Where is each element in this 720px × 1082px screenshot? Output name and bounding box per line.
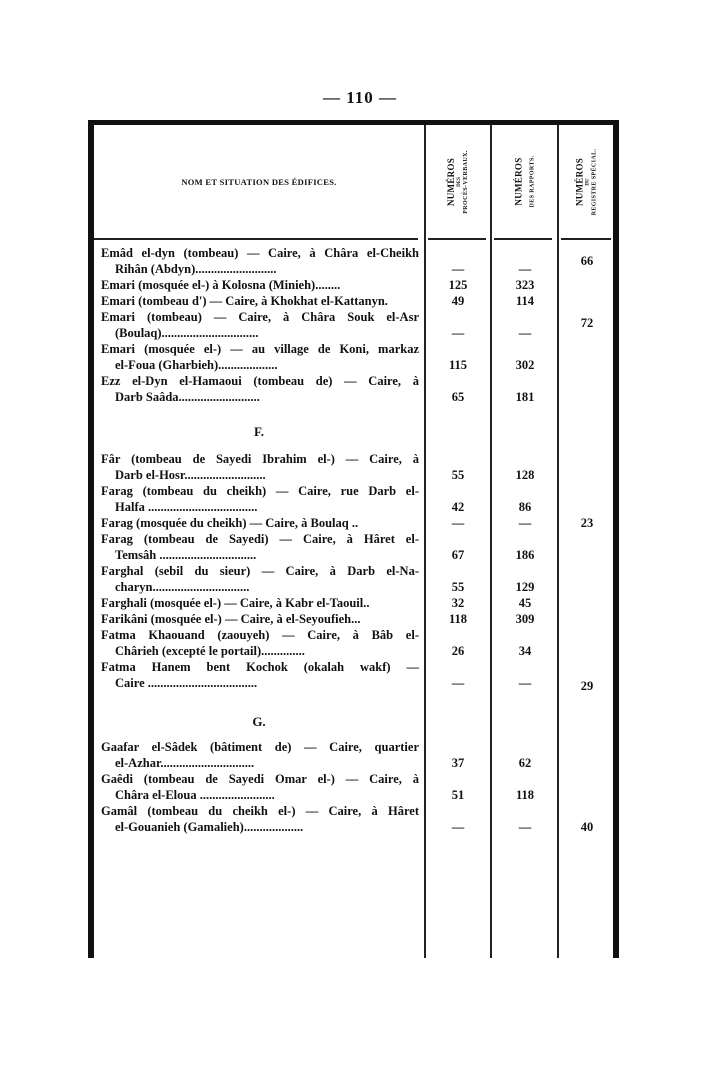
proces-verbal-number: — (427, 261, 489, 277)
table-body: Emâd el-dyn (tombeau) — Caire, à Châra e… (94, 245, 613, 835)
registre-number: 40 (560, 819, 614, 835)
table-row: Farikâni (mosquée el-) — Caire, à el-Sey… (94, 611, 613, 627)
edifices-table: NOM ET SITUATION DES ÉDIFICES. NUMÉROS D… (88, 120, 619, 958)
section-letter: F. (94, 424, 424, 440)
entry-name-cont: Caire ..................................… (101, 675, 419, 691)
entry-name: Farag (tombeau de Sayedi) — Caire, à Hâr… (101, 531, 419, 547)
entry-name-cont: charyn............................... (101, 579, 419, 595)
table-row: Farghal (sebil du sieur) — Caire, à Darb… (94, 563, 613, 595)
proces-verbal-number: 55 (427, 467, 489, 483)
proces-verbal-number: 55 (427, 579, 489, 595)
entry-name: Fatma Khaouand (zaouyeh) — Caire, à Bâb … (101, 627, 419, 643)
entry-name: Gaafar el-Sâdek (bâtiment de) — Caire, q… (101, 739, 419, 755)
proces-verbal-number: 115 (427, 357, 489, 373)
column-header-name: NOM ET SITUATION DES ÉDIFICES. (94, 125, 424, 238)
proces-verbal-number: — (427, 325, 489, 341)
entry-name-cont: Temsâh ............................... (101, 547, 419, 563)
entry-name: Emari (tombeau d') — Caire, à Khokhat el… (101, 293, 419, 309)
registre-number: 66 (560, 253, 614, 269)
rapport-number: 309 (492, 611, 558, 627)
rapport-number: 62 (492, 755, 558, 771)
column-header-proces-verbaux: NUMÉROS DES PROCÈS-VERBAUX. (426, 125, 490, 238)
column-header-registre: NUMÉROS DU REGISTRE SPÉCIAL. (559, 125, 613, 238)
rapport-number: 118 (492, 787, 558, 803)
table-row: Farag (mosquée du cheikh) — Caire, à Bou… (94, 515, 613, 531)
rapport-number: 302 (492, 357, 558, 373)
header-line: NUMÉROS (447, 157, 456, 205)
header-line: NUMÉROS (575, 157, 584, 205)
entry-name: Emari (tombeau) — Caire, à Châra Souk el… (101, 309, 419, 325)
rapport-number: 129 (492, 579, 558, 595)
column-header-rapports: NUMÉROS DES RAPPORTS. (492, 125, 557, 238)
proces-verbal-number: 125 (427, 277, 489, 293)
proces-verbal-number: — (427, 675, 489, 691)
entry-name-cont: el-Foua (Gharbieh)................... (101, 357, 419, 373)
header-separator (561, 238, 611, 240)
entry-name-cont: Darb el-Hosr.......................... (101, 467, 419, 483)
entry-name-cont: el-Gouanieh (Gamalieh)..................… (101, 819, 419, 835)
proces-verbal-number: 32 (427, 595, 489, 611)
entry-name-cont: Chârieh (excepté le portail)............… (101, 643, 419, 659)
proces-verbal-number: 67 (427, 547, 489, 563)
entry-name: Farag (mosquée du cheikh) — Caire, à Bou… (101, 515, 419, 531)
header-line: DES RAPPORTS. (529, 156, 535, 208)
rapport-number: 323 (492, 277, 558, 293)
rapport-number: — (492, 515, 558, 531)
rapport-number: — (492, 819, 558, 835)
rapport-number: 114 (492, 293, 558, 309)
proces-verbal-number: — (427, 515, 489, 531)
entry-name: Emari (mosquée el-) — au village de Koni… (101, 341, 419, 357)
header-separator (428, 238, 486, 240)
rapport-number: 128 (492, 467, 558, 483)
header-separator (494, 238, 552, 240)
entry-name-cont: Darb Saâda.......................... (101, 389, 419, 405)
rapport-number: 45 (492, 595, 558, 611)
entry-name: Farghal (sebil du sieur) — Caire, à Darb… (101, 563, 419, 579)
table-row: Farghali (mosquée el-) — Caire, à Kabr e… (94, 595, 613, 611)
table-row: Emari (tombeau d') — Caire, à Khokhat el… (94, 293, 613, 309)
entry-name: Emari (mosquée el-) à Kolosna (Minieh)..… (101, 277, 419, 293)
header-line: REGISTRE SPÉCIAL. (591, 148, 597, 215)
rapport-number: 181 (492, 389, 558, 405)
page-number: — 110 — (0, 88, 720, 108)
proces-verbal-number: 26 (427, 643, 489, 659)
rapport-number: 86 (492, 499, 558, 515)
entry-name: Ezz el-Dyn el-Hamaoui (tombeau de) — Cai… (101, 373, 419, 389)
proces-verbal-number: 65 (427, 389, 489, 405)
table-row: Gaêdi (tombeau de Sayedi Omar el-) — Cai… (94, 771, 613, 803)
table-row: Fâr (tombeau de Sayedi Ibrahim el-) — Ca… (94, 451, 613, 483)
entry-name: Gamâl (tombeau du cheikh el-) — Caire, à… (101, 803, 419, 819)
table-row: Fatma Khaouand (zaouyeh) — Caire, à Bâb … (94, 627, 613, 659)
table-row: Farag (tombeau de Sayedi) — Caire, à Hâr… (94, 531, 613, 563)
header-line: DES (457, 177, 462, 187)
registre-number: 72 (560, 315, 614, 331)
table-row: Gamâl (tombeau du cheikh el-) — Caire, à… (94, 803, 613, 835)
entry-name-cont: Rihân (Abdyn).......................... (101, 261, 419, 277)
section-heading-f: F. (94, 405, 613, 451)
entry-name: Fâr (tombeau de Sayedi Ibrahim el-) — Ca… (101, 451, 419, 467)
entry-name: Farag (tombeau du cheikh) — Caire, rue D… (101, 483, 419, 499)
header-line: DU (585, 178, 590, 185)
proces-verbal-number: 42 (427, 499, 489, 515)
table-row: Emari (tombeau) — Caire, à Châra Souk el… (94, 309, 613, 341)
proces-verbal-number: 37 (427, 755, 489, 771)
table-row: Emari (mosquée el-) à Kolosna (Minieh)..… (94, 277, 613, 293)
entry-name: Farikâni (mosquée el-) — Caire, à el-Sey… (101, 611, 419, 627)
entry-name: Fatma Hanem bent Kochok (okalah wakf) — (101, 659, 419, 675)
entry-name: Farghali (mosquée el-) — Caire, à Kabr e… (101, 595, 419, 611)
registre-number: 29 (560, 678, 614, 694)
rapport-number: 34 (492, 643, 558, 659)
section-letter: G. (94, 714, 424, 730)
proces-verbal-number: 49 (427, 293, 489, 309)
entry-name-cont: Châra el-Eloua ........................ (101, 787, 419, 803)
entry-name: Emâd el-dyn (tombeau) — Caire, à Châra e… (101, 245, 419, 261)
rapport-number: — (492, 675, 558, 691)
header-separator (94, 238, 418, 240)
entry-name-cont: Halfa ..................................… (101, 499, 419, 515)
entry-name-cont: el-Azhar.............................. (101, 755, 419, 771)
table-row: Gaafar el-Sâdek (bâtiment de) — Caire, q… (94, 739, 613, 771)
proces-verbal-number: — (427, 819, 489, 835)
rapport-number: — (492, 261, 558, 277)
table-row: Emâd el-dyn (tombeau) — Caire, à Châra e… (94, 245, 613, 277)
entry-name: Gaêdi (tombeau de Sayedi Omar el-) — Cai… (101, 771, 419, 787)
rapport-number: — (492, 325, 558, 341)
section-heading-g: G. (94, 691, 613, 739)
registre-number: 23 (560, 515, 614, 531)
table-row: Farag (tombeau du cheikh) — Caire, rue D… (94, 483, 613, 515)
table-row: Fatma Hanem bent Kochok (okalah wakf) —C… (94, 659, 613, 691)
header-line: NUMÉROS (514, 157, 523, 205)
rapport-number: 186 (492, 547, 558, 563)
proces-verbal-number: 51 (427, 787, 489, 803)
table-row: Emari (mosquée el-) — au village de Koni… (94, 341, 613, 373)
table-row: Ezz el-Dyn el-Hamaoui (tombeau de) — Cai… (94, 373, 613, 405)
proces-verbal-number: 118 (427, 611, 489, 627)
entry-name-cont: (Boulaq)............................... (101, 325, 419, 341)
header-line: PROCÈS-VERBAUX. (463, 150, 469, 214)
